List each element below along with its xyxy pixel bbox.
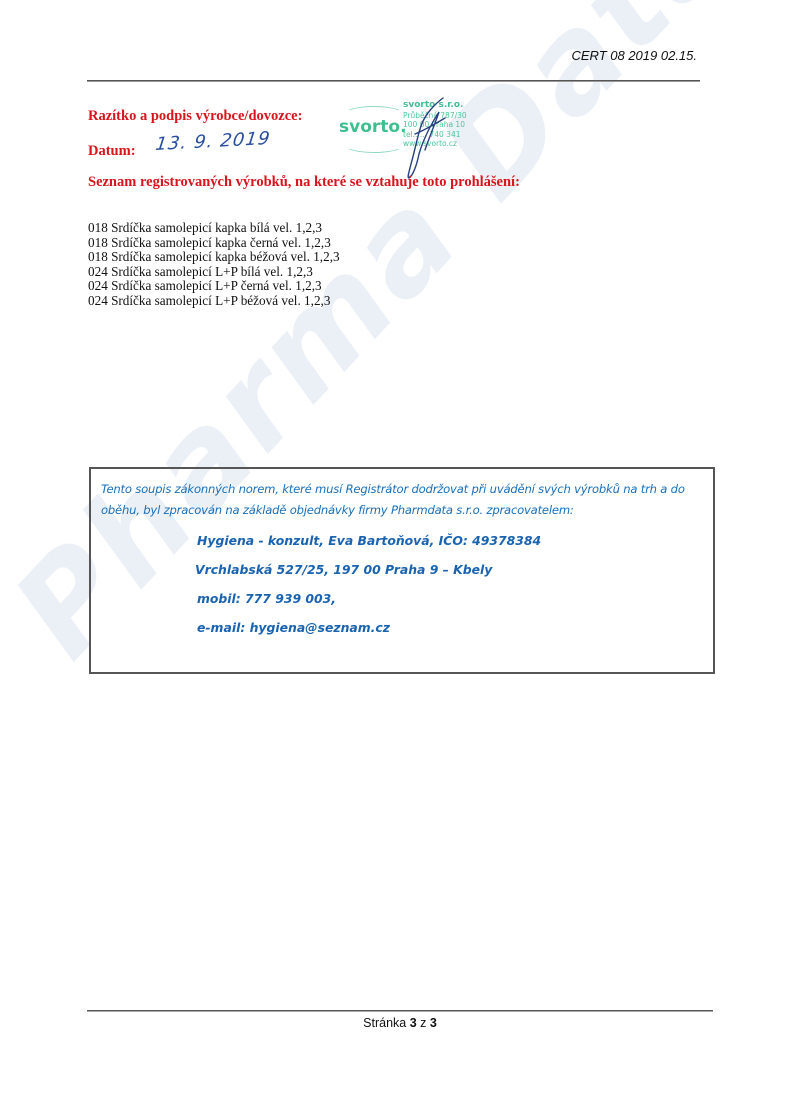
footer-divider [87,1010,713,1012]
stamp-signature-label: Razítko a podpis výrobce/dovozce: [88,108,302,125]
date-label: Datum: [88,143,136,160]
signature-icon [395,94,455,180]
product-list-heading: Seznam registrovaných výrobků, na které … [88,174,520,191]
list-item: 018 Srdíčka samolepicí kapka béžová vel.… [88,250,340,265]
handwritten-date: 13. 9. 2019 [154,128,272,155]
list-item: 018 Srdíčka samolepicí kapka černá vel. … [88,236,340,251]
page-number: Stránka 3 z 3 [0,1016,800,1030]
page-separator: z [417,1016,430,1030]
current-page: 3 [410,1016,417,1030]
document-page: Pharma Data s.r.o. CERT 08 2019 02.15. R… [0,0,800,1100]
page-prefix: Stránka [363,1016,410,1030]
info-intro-text: Tento soupis zákonných norem, které musí… [101,479,707,521]
list-item: 024 Srdíčka samolepicí L+P béžová vel. 1… [88,294,340,309]
processor-name: Hygiena - konzult, Eva Bartoňová, IČO: 4… [197,532,541,561]
processor-info-box: Tento soupis zákonných norem, které musí… [89,467,715,674]
processor-contact: Hygiena - konzult, Eva Bartoňová, IČO: 4… [197,532,541,648]
company-stamp: svorto. svorto s.r.o. Průběžná 787/30 10… [335,98,505,178]
processor-email: e-mail: hygiena@seznam.cz [197,619,541,648]
document-reference: CERT 08 2019 02.15. [571,48,697,63]
processor-address: Vrchlabská 527/25, 197 00 Praha 9 – Kbel… [195,561,541,590]
list-item: 018 Srdíčka samolepicí kapka bílá vel. 1… [88,221,340,236]
list-item: 024 Srdíčka samolepicí L+P bílá vel. 1,2… [88,265,340,280]
header-divider [87,80,700,82]
list-item: 024 Srdíčka samolepicí L+P černá vel. 1,… [88,279,340,294]
processor-mobile: mobil: 777 939 003, [197,590,541,619]
total-pages: 3 [430,1016,437,1030]
product-list: 018 Srdíčka samolepicí kapka bílá vel. 1… [88,221,340,309]
